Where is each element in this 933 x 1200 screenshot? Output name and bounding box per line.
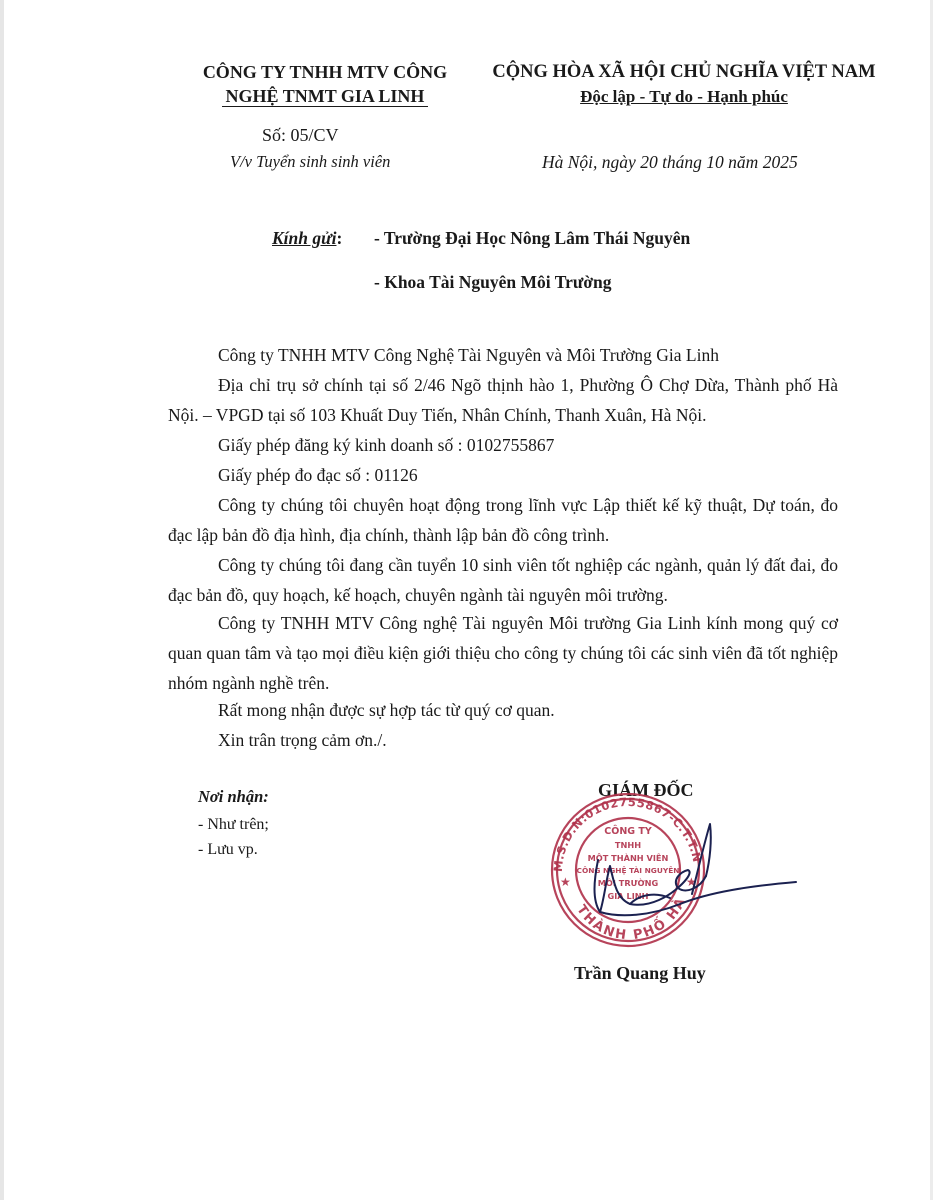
body-business-license: Giấy phép đăng ký kinh doanh số : 010275… <box>168 430 838 460</box>
distribution-item: - Lưu vp. <box>198 838 258 862</box>
recipients-label-wrap: Kính gửi: <box>272 228 342 249</box>
recipients-colon: : <box>336 228 342 248</box>
company-name-line2: NGHỆ TNMT GIA LINH <box>222 86 429 107</box>
recipient-item: - Trường Đại Học Nông Lâm Thái Nguyên <box>374 228 690 249</box>
document-number: Số: 05/CV <box>262 125 339 146</box>
distribution-label: Nơi nhận: <box>198 787 269 807</box>
company-name-line1: CÔNG TY TNHH MTV CÔNG <box>190 60 460 84</box>
nation-title: CỘNG HÒA XÃ HỘI CHỦ NGHĨA VIỆT NAM <box>484 60 884 84</box>
company-name-line2-wrap: NGHỆ TNMT GIA LINH <box>190 84 460 108</box>
signature-scribble-icon <box>560 800 810 940</box>
company-header: CÔNG TY TNHH MTV CÔNG NGHỆ TNMT GIA LINH <box>190 60 460 108</box>
body-address: Địa chỉ trụ sở chính tại số 2/46 Ngõ thị… <box>168 370 838 430</box>
body-cooperation: Rất mong nhận được sự hợp tác từ quý cơ … <box>168 695 838 725</box>
body-company-name: Công ty TNHH MTV Công Nghệ Tài Nguyên và… <box>168 340 838 370</box>
body-thanks: Xin trân trọng cảm ơn./. <box>168 725 838 755</box>
document-subject: V/v Tuyển sinh sinh viên <box>230 152 390 172</box>
body-survey-license: Giấy phép đo đạc số : 01126 <box>168 460 838 490</box>
recipients-label: Kính gửi <box>272 228 336 248</box>
recipient-item: - Khoa Tài Nguyên Môi Trường <box>374 272 612 293</box>
document-date: Hà Nội, ngày 20 tháng 10 năm 2025 <box>542 152 798 173</box>
scan-edge-left <box>0 0 4 1200</box>
distribution-item: - Như trên; <box>198 813 269 837</box>
motto: Độc lập - Tự do - Hạnh phúc <box>580 87 788 106</box>
body-recruitment: Công ty chúng tôi đang cần tuyển 10 sinh… <box>168 550 838 610</box>
body-field-of-activity: Công ty chúng tôi chuyên hoạt động trong… <box>168 490 838 550</box>
nation-header: CỘNG HÒA XÃ HỘI CHỦ NGHĨA VIỆT NAM Độc l… <box>484 60 884 109</box>
body-request: Công ty TNHH MTV Công nghệ Tài nguyên Mô… <box>168 608 838 698</box>
motto-wrap: Độc lập - Tự do - Hạnh phúc <box>484 84 884 109</box>
signer-name: Trần Quang Huy <box>574 963 706 984</box>
